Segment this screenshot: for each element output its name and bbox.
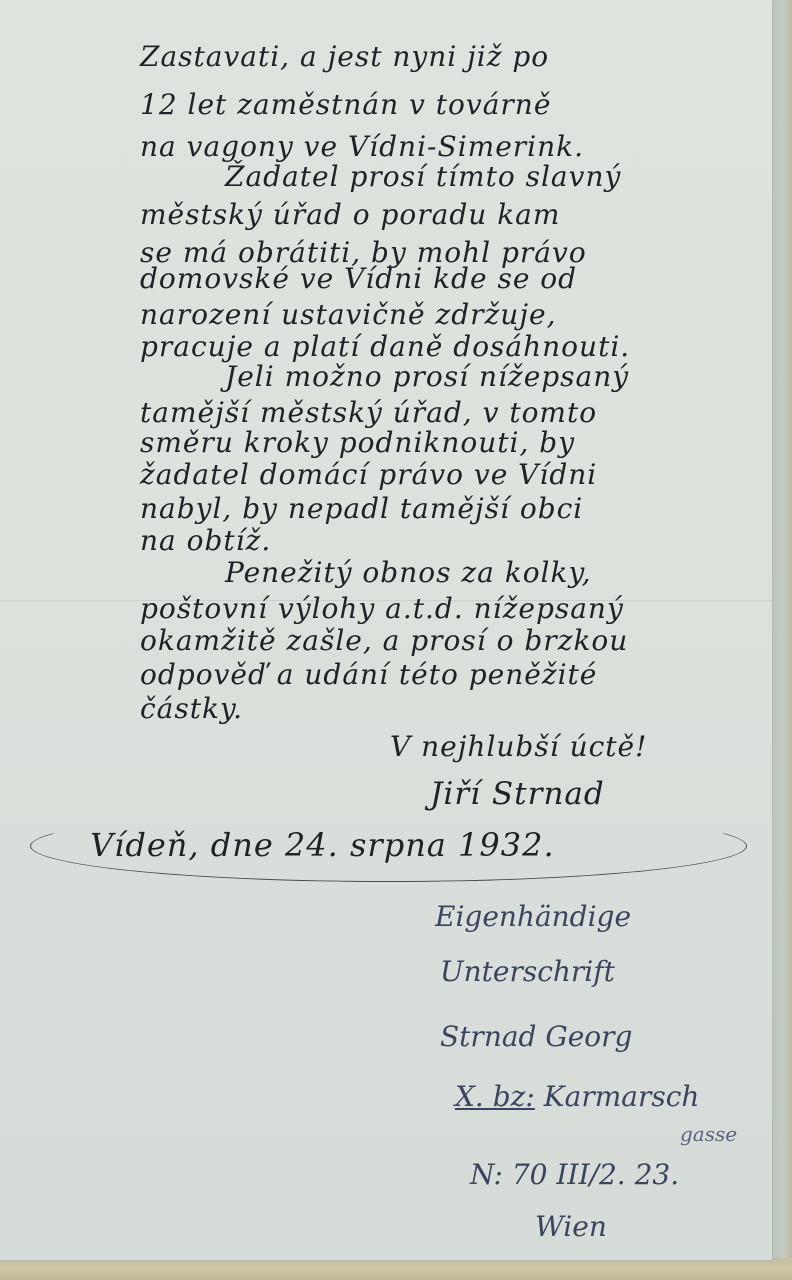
body-line: poštovní výlohy a.t.d. nížepsaný xyxy=(140,592,624,625)
body-line: Jeli možno prosí nížepsaný xyxy=(225,360,629,393)
street-name: Karmarsch xyxy=(544,1080,700,1113)
backdrop-edge-bottom xyxy=(0,1258,792,1280)
body-line: 12 let zaměstnán v továrně xyxy=(140,88,551,121)
body-line: odpověď a udání této peněžité xyxy=(140,658,597,691)
body-line: částky. xyxy=(140,692,243,725)
annotation-name: Strnad Georg xyxy=(440,1020,632,1053)
body-line: domovské ve Vídni kde se od xyxy=(140,262,577,295)
backdrop-edge-right xyxy=(770,0,792,1280)
city: Wien xyxy=(535,1210,607,1243)
body-line: pracuje a platí daně dosáhnouti. xyxy=(140,330,630,363)
body-line: tamější městský úřad, v tomto xyxy=(140,396,597,429)
body-line: narození ustavičně zdržuje, xyxy=(140,298,556,331)
street-suffix: gasse xyxy=(680,1122,737,1146)
district-number: X. bz: xyxy=(455,1080,535,1113)
body-line: nabyl, by nepadl tamější obci xyxy=(140,492,583,525)
annotation-eigenhandige: Eigenhändige xyxy=(435,900,631,933)
body-line: městský úřad o poradu kam xyxy=(140,198,560,231)
body-line: žadatel domácí právo ve Vídni xyxy=(140,458,597,491)
body-line: Zastavati, a jest nyni již po xyxy=(140,40,549,73)
body-line: okamžitě zašle, a prosí o brzkou xyxy=(140,624,628,657)
annotation-unterschrift: Unterschrift xyxy=(440,955,615,988)
annotation-district: X. bz: Karmarsch xyxy=(455,1080,699,1113)
body-line: na vagony ve Vídni-Simerink. xyxy=(140,130,584,163)
body-line: Penežitý obnos za kolky, xyxy=(225,556,591,589)
body-line: směru kroky podniknouti, by xyxy=(140,426,575,459)
letter-page: Zastavati, a jest nyni již po 12 let zam… xyxy=(0,0,772,1260)
house-number: N: 70 III/2. 23. xyxy=(470,1158,679,1191)
body-line: na obtíž. xyxy=(140,524,271,557)
body-line: Žadatel prosí tímto slavný xyxy=(225,160,621,193)
signature: Jiří Strnad xyxy=(430,776,605,812)
place-and-date: Vídeň, dne 24. srpna 1932. xyxy=(90,826,555,864)
closing-salutation: V nejhlubší úctě! xyxy=(390,730,647,763)
